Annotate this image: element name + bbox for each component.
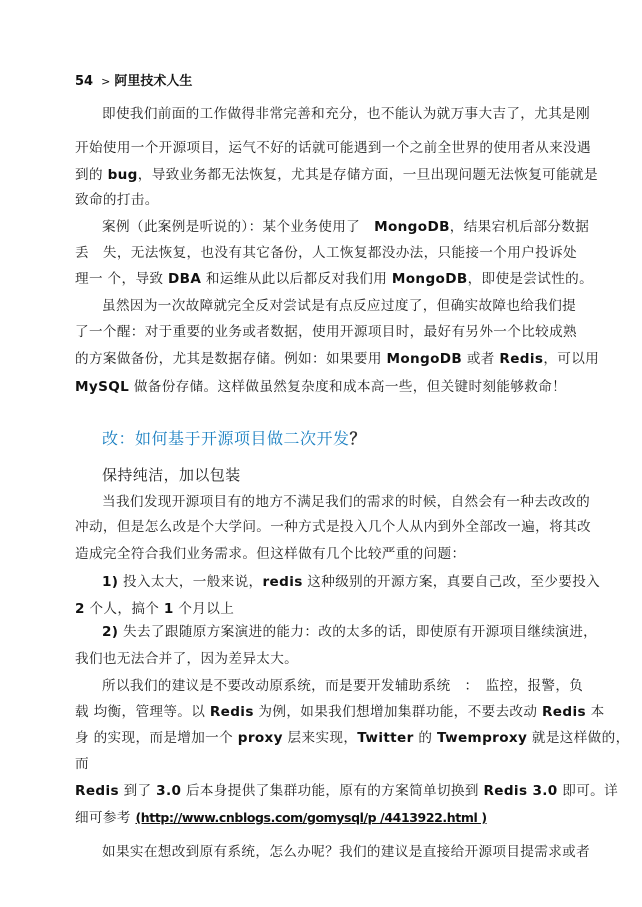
book-title: 阿里技术人生	[114, 74, 192, 89]
sub-heading: 保持纯洁，加以包装	[102, 464, 241, 485]
paragraph-line: 理一 个，导致 DBA 和运维从此以后都反对我们用 MongoDB，即使是尝试性…	[75, 267, 555, 287]
paragraph-line: 即使我们前面的工作做得非常完善和充分，也不能认为就万事大吉了，尤其是刚	[102, 102, 582, 122]
paragraph-line: 案例（此案例是听说的）：某个业务使用了 MongoDB，结果宕机后部分数据	[102, 215, 582, 235]
reference-link[interactable]: (http://www.cnblogs.com/gomysql/p /44139…	[135, 810, 486, 825]
paragraph-line: 虽然因为一次故障就完全反对尝试是有点反应过度了，但确实故障也给我们提	[102, 294, 582, 314]
paragraph-line: 致命的打击。	[75, 188, 555, 208]
section-heading: 改：如何基于开源项目做二次开发？	[102, 426, 366, 449]
page-header: 54>阿里技术人生	[75, 70, 192, 89]
paragraph-line: 我们也无法合并了，因为差异太大。	[75, 647, 555, 667]
paragraph-line: 2 个人，搞个 1 个月以上	[75, 597, 555, 617]
paragraph-line: 身 的实现，而是增加一个 proxy 层来实现，Twitter 的 Twempr…	[75, 726, 555, 746]
paragraph-line: 开始使用一个开源项目，运气不好的话就可能遇到一个之前全世界的使用者从来没遇	[75, 136, 555, 156]
paragraph-line: 造成完全符合我们业务需求。但这样做有几个比较严重的问题：	[75, 542, 555, 562]
paragraph-line: 载 均衡，管理等。以 Redis 为例，如果我们想增加集群功能，不要去改动 Re…	[75, 700, 555, 720]
page-number: 54	[75, 74, 93, 89]
paragraph-line: 丢 失，无法恢复，也没有其它备份，人工恢复都没办法，只能接一个用户投诉处	[75, 241, 555, 261]
paragraph-line: 如果实在想改到原有系统，怎么办呢？我们的建议是直接给开源项目提需求或者	[102, 840, 582, 860]
header-separator: >	[101, 75, 110, 88]
paragraph-line: Redis 到了 3.0 后本身提供了集群功能，原有的方案简单切换到 Redis…	[75, 779, 555, 799]
paragraph-line: 当我们发现开源项目有的地方不满足我们的需求的时候，自然会有一种去改改的	[102, 490, 582, 510]
paragraph-line: 的方案做备份，尤其是数据存储。例如：如果要用 MongoDB 或者 Redis，…	[75, 347, 555, 367]
paragraph-line: 了一个醒：对于重要的业务或者数据，使用开源项目时，最好有另外一个比较成熟	[75, 320, 555, 340]
paragraph-line: 到的 bug，导致业务都无法恢复，尤其是存储方面，一旦出现问题无法恢复可能就是	[75, 163, 555, 183]
paragraph-line: 2) 失去了跟随原方案演进的能力：改的太多的话，即使原有开源项目继续演进，	[102, 620, 582, 640]
paragraph-line: 细可参考 (http://www.cnblogs.com/gomysql/p /…	[75, 806, 555, 826]
paragraph-line: 而	[75, 752, 555, 772]
paragraph-line: MySQL 做备份存储。这样做虽然复杂度和成本高一些，但关键时刻能够救命！	[75, 375, 555, 395]
paragraph-line: 所以我们的建议是不要改动原系统，而是要开发辅助系统 ： 监控，报警，负	[102, 674, 582, 694]
paragraph-line: 冲动，但是怎么改是个大学问。一种方式是投入几个人从内到外全部改一遍，将其改	[75, 515, 555, 535]
paragraph-line: 1) 投入太大，一般来说，redis 这种级别的开源方案，真要自己改，至少要投入	[102, 570, 582, 590]
